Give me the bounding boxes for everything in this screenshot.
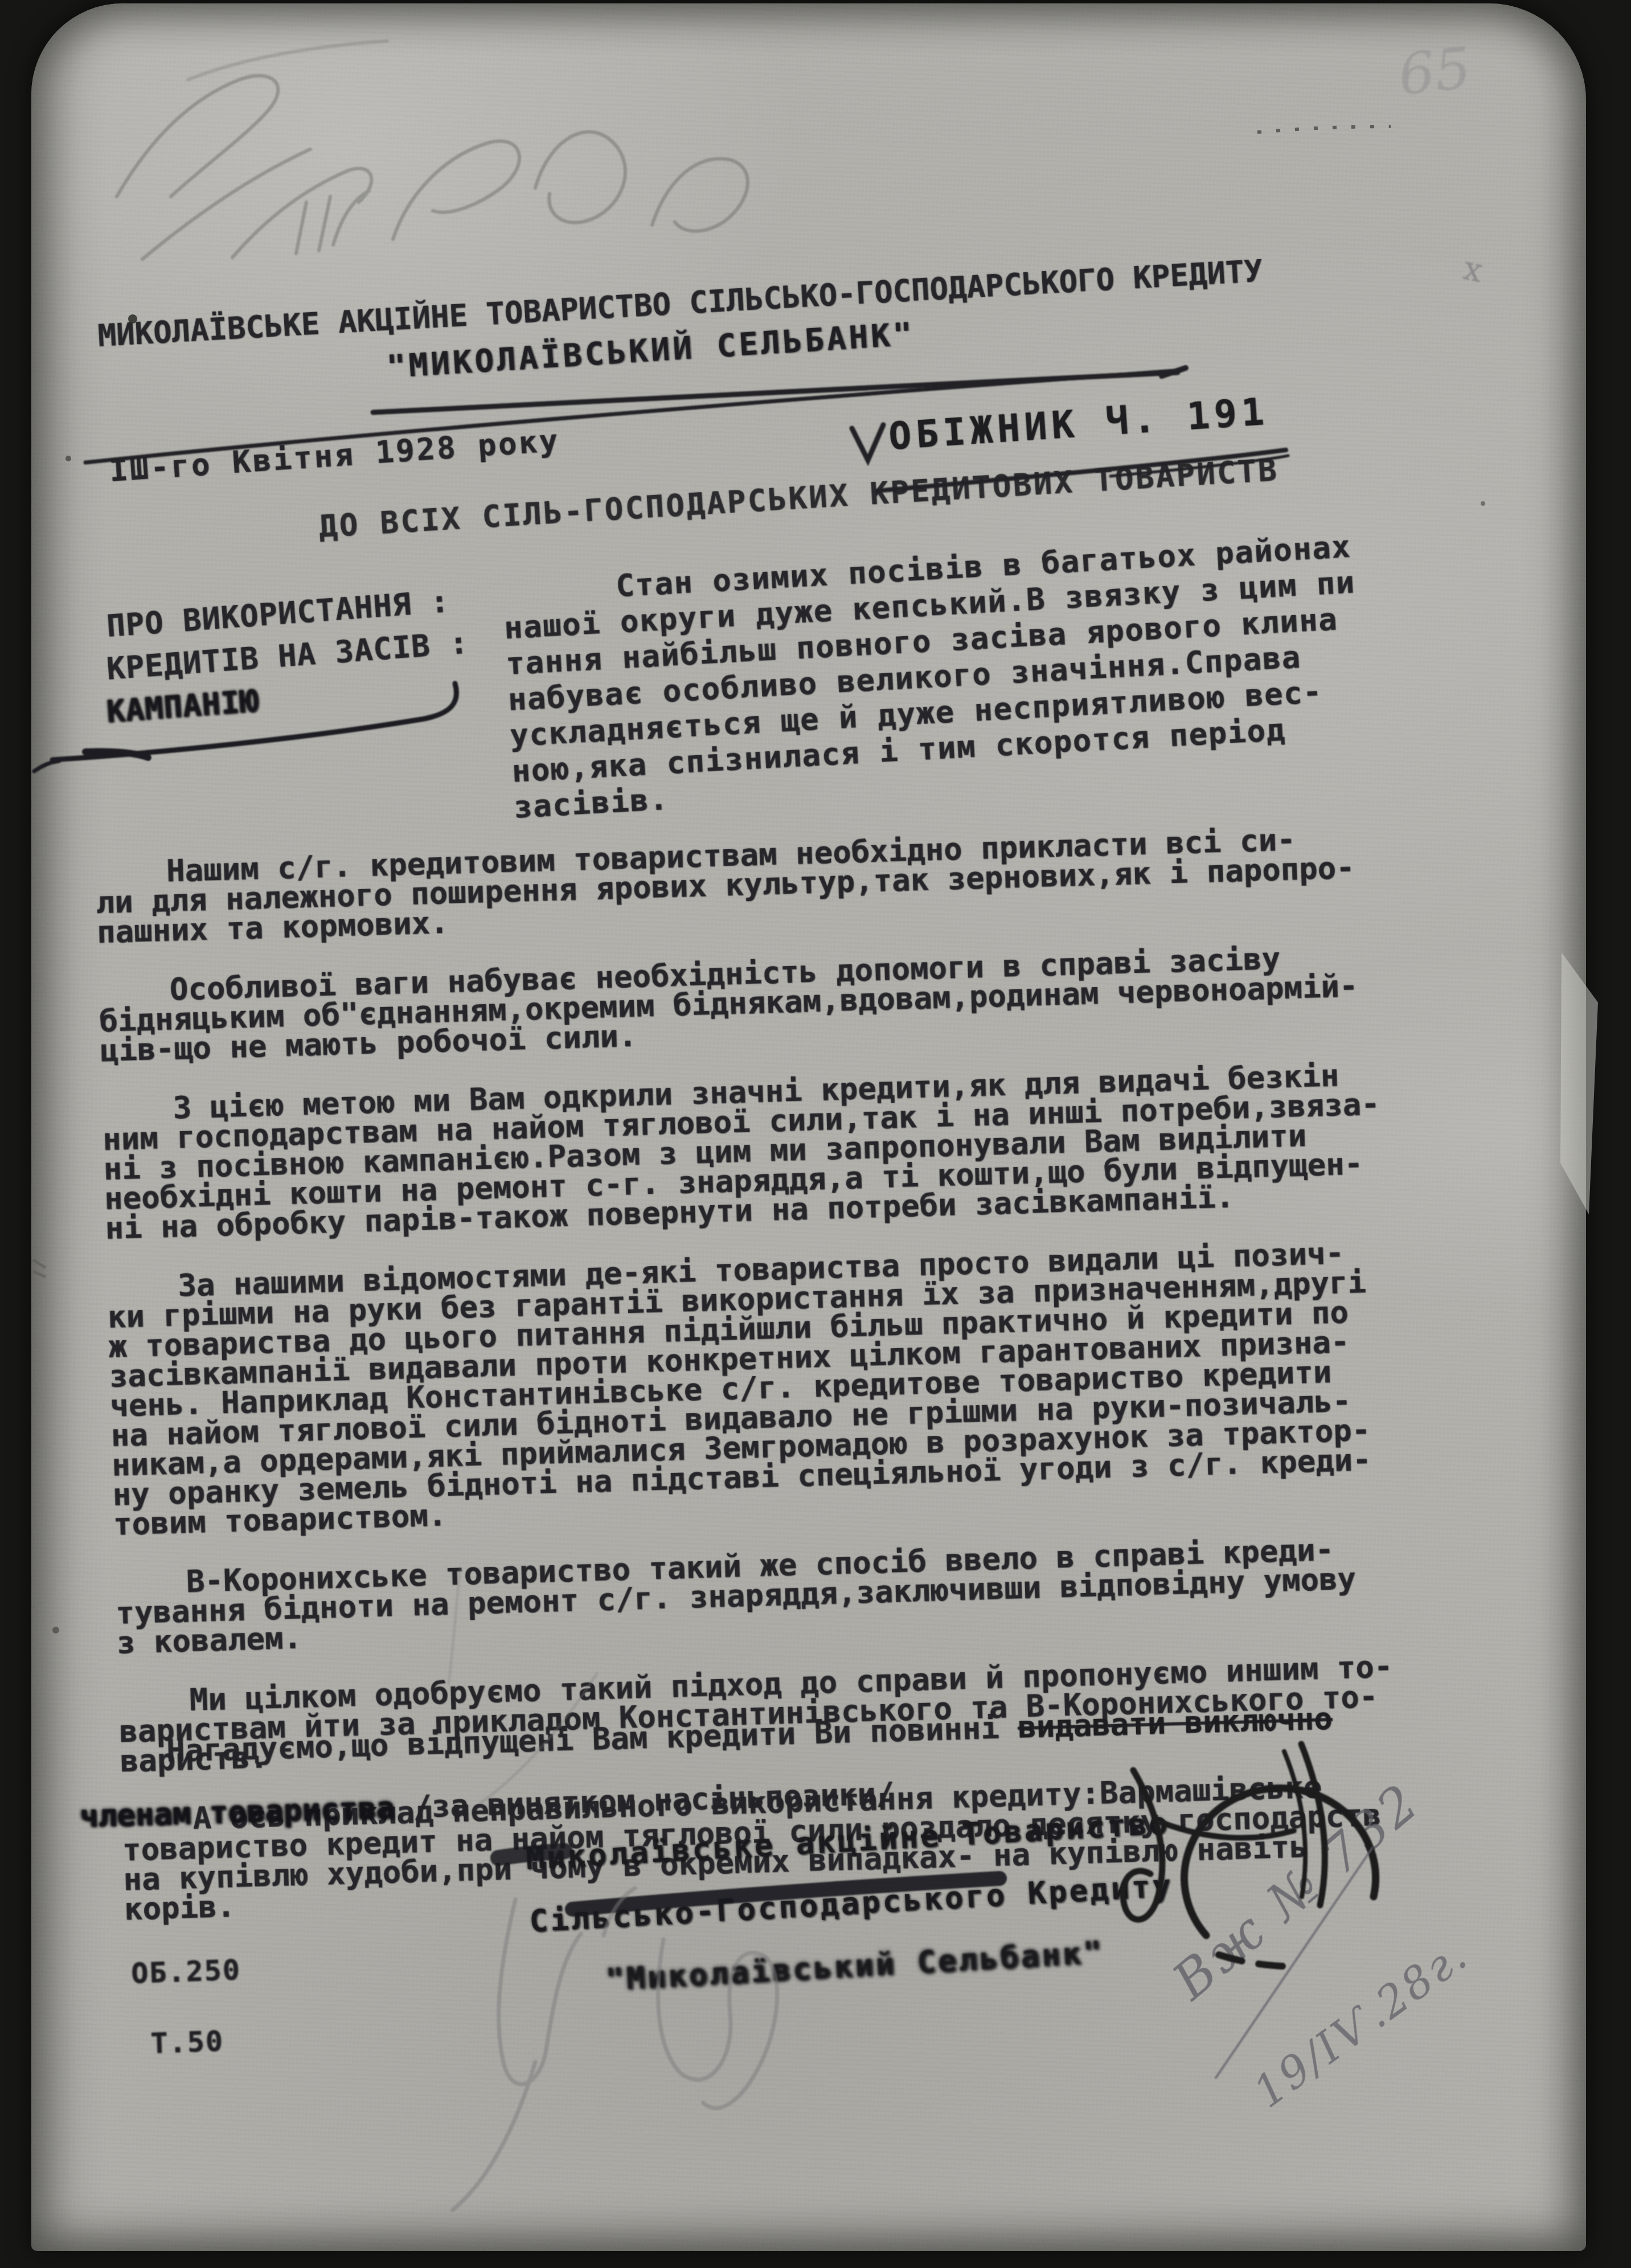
- cross-mark-2: х: [1584, 219, 1586, 253]
- circular-number: ОБІЖНИК Ч. 191: [887, 390, 1270, 458]
- paragraph-4: З цією метою ми Вам одкрили значні креди…: [101, 1057, 1472, 1243]
- addressee-line: ДО ВСІХ СІЛЬ-ГОСПОДАРСЬКИХ КРЕДИТОВИХ ТО…: [318, 452, 1280, 545]
- signature-org-line-3: "Миколаївський Сельбанк": [490, 1930, 1219, 2001]
- cross-mark-1: х: [1460, 248, 1486, 290]
- office-code-stamp: ОБ.250 Т.50: [129, 1917, 245, 2097]
- subject-line-3: КАМПАНІЮ: [105, 682, 260, 729]
- reminder-line-1: Нагадуємо,що відпущені Вам кредити Ви по…: [95, 1699, 1462, 1768]
- paragraph-2: Нашим с/г. кредитовим товариствам необхі…: [95, 820, 1463, 947]
- paragraph-5: За нашими відомостями де-які товариства …: [106, 1235, 1480, 1540]
- reminder-line-2-smeared: членам товариства: [80, 1788, 414, 1833]
- date-line: ІШ-го Квітня 1928 року: [108, 422, 561, 489]
- office-code-line-1: ОБ.250: [130, 1952, 241, 1991]
- page-number-note: 65: [1395, 35, 1474, 109]
- signature-org-line-1: Миколаївське акційне Товариство: [483, 1804, 1212, 1876]
- intro-paragraph: Стан озимих посівів в багатьох районах н…: [501, 526, 1413, 825]
- signature-block: Миколаївське акційне Товариство Сільсько…: [481, 1774, 1221, 2033]
- reminder-line-1-struck: видавати виключно: [1017, 1700, 1333, 1745]
- signature-org-line-2: Сільсько-Господарського Кредиту: [486, 1867, 1216, 1939]
- paragraph-3: Особливої ваги набуває необхідність допо…: [98, 939, 1466, 1066]
- registry-date-note: 19/ІѴ.28г.: [1244, 1929, 1477, 2118]
- reminder-line-1-text: Нагадуємо,що відпущені Вам кредити Ви по…: [166, 1709, 1018, 1769]
- paragraph-6: В-Коронихське товариство такий же спосіб…: [114, 1530, 1483, 1657]
- scanned-document-page: { "page": { "corner_number": "65", "cros…: [0, 0, 1631, 2268]
- paper-sheet: МИКОЛАЇВСЬКЕ АКЦІЙНЕ ТОВАРИСТВО СІЛЬСЬКО…: [31, 3, 1586, 2251]
- office-code-line-2: Т.50: [133, 2023, 244, 2062]
